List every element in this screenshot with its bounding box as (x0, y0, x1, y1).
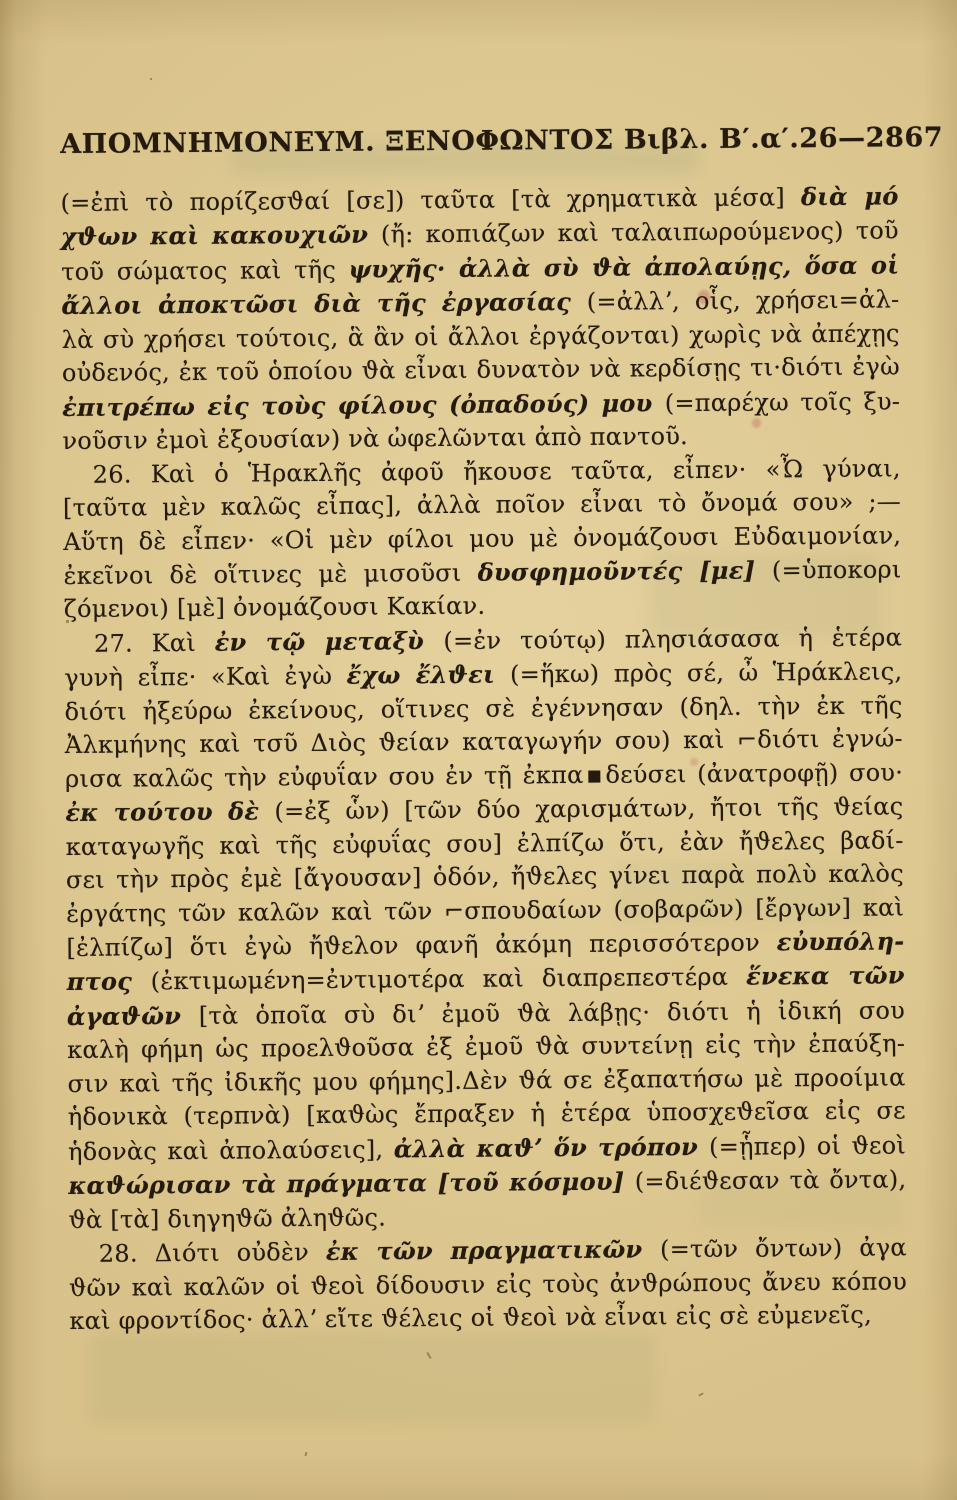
plain-text: ἐκεῖνοι δὲ οἵτινες μὲ μισοῦσι (63, 559, 477, 590)
plain-text: οὐδενός, ἐκ τοῦ ὁποίου ϑὰ εἶναι δυνατὸν … (62, 353, 900, 388)
plain-text: (ἤ: κοπιάζων καὶ ταλαιπωρούμενος) τοῦ (381, 217, 899, 249)
emphasized-text: χϑων καὶ κακουχιῶν (61, 220, 381, 252)
text-line: καὶ φροντίδος· ἀλλʼ εἴτε ϑέλεις οἱ ϑεοὶ … (69, 1298, 907, 1338)
plain-text: τοῦ σώματος καὶ τῆς (61, 256, 349, 286)
emphasized-text: δυσφημοῦντές [με] (478, 555, 773, 586)
text-line: καϑώρισαν τὰ πράγματα [τοῦ κόσμου] (=διέ… (68, 1163, 906, 1204)
plain-text: καταγωγῆς καὶ τῆς εὐφυΐας σου] ἐλπίζω ὅτ… (66, 826, 904, 861)
emphasized-text: ἐπιτρέπω εἰς τοὺς φίλους (ὀπαδούς) μου (62, 388, 665, 422)
plain-text: καὶ φροντίδος· ἀλλʼ εἴτε ϑέλεις οἱ ϑεοὶ … (69, 1301, 872, 1335)
emphasized-text: ψυχῆς· ἀλλὰ σὺ ϑὰ ἀπολαύῃς, ὅσα οἱ (348, 250, 899, 283)
scanned-book-page: { "document": { "header": { "title": "ΑΠ… (0, 0, 957, 1500)
emphasized-text: διὰ μό (801, 181, 899, 211)
plain-text: ϑῶν καὶ καλῶν οἱ ϑεοὶ δίδουσιν εἰς τοὺς … (69, 1267, 907, 1302)
running-title: ΑΠΟΜΝΗΜΟΝΕΥΜ. ΞΕΝΟΦΩΝΤΟΣ Βιβλ. Β′.α′.26—… (60, 120, 905, 163)
plain-text: νοῦσιν ἐμοὶ ἐξουσίαν) νὰ ὠφελῶνται ἀπὸ π… (62, 422, 688, 455)
text-block: ΑΠΟΜΝΗΜΟΝΕΥΜ. ΞΕΝΟΦΩΝΤΟΣ Βιβλ. Β′.α′.26—… (60, 120, 907, 1338)
page-header: ΑΠΟΜΝΗΜΟΝΕΥΜ. ΞΕΝΟΦΩΝΤΟΣ Βιβλ. Β′.α′.26—… (60, 120, 898, 163)
plain-text: Ἀλκμήνης καὶ τσῦ Διὸς ϑείαν καταγωγήν σο… (65, 725, 903, 760)
plain-text: Αὕτη δὲ εἶπεν· «Οἱ μὲν φίλοι μου μὲ ὀνομ… (63, 521, 901, 556)
emphasized-text: ἀλλὰ καϑʼ ὅν τρόπον (394, 1132, 710, 1163)
plain-text: [ταῦτα μὲν καλῶς εἶπας], ἀλλὰ ποῖον εἶνα… (63, 487, 901, 522)
plain-text: (=ἐπὶ τὸ πορίζεσϑαί [σε]) ταῦτα [τὰ χρημ… (60, 183, 801, 217)
plain-text: 27. Καὶ (94, 629, 215, 658)
plain-text: [ἐλπίζω] ὅτι ἐγὼ ἤϑελον φανῆ ἀκόμη περισ… (66, 928, 776, 962)
plain-text: ἡδονικὰ (τερπνὰ) [καϑὼς ἔπραξεν ἡ ἑτέρα … (68, 1097, 906, 1132)
plain-text: (=ὑποκορι (772, 555, 902, 584)
emphasized-text: ἐκ τούτου δὲ (65, 796, 274, 827)
plain-text: σιν καὶ τῆς ἰδικῆς μου φήμης].Δὲν ϑά σε … (67, 1063, 905, 1098)
page-number: 67 (904, 120, 943, 156)
text-line: 28. Διότι οὐδὲν ἐκ τῶν πραγματικῶν (=τῶν… (69, 1230, 907, 1271)
plain-text: (=διέϑεσαν τὰ ὄντα), (635, 1166, 907, 1196)
plain-text: σει τὴν πρὸς ἐμὲ [ἄγουσαν] ὁδόν, ἤϑελες … (66, 859, 904, 894)
text-line: ἐκεῖνοι δὲ οἵτινες μὲ μισοῦσι δυσφημοῦντ… (63, 552, 901, 593)
plain-text: ζόμενοι) [μὲ] ὀνομάζουσι Κακίαν. (64, 592, 486, 623)
emphasized-text: εὐυπόλη- (777, 926, 905, 956)
emphasized-text: ἐκ τῶν πραγματικῶν (326, 1234, 660, 1266)
plain-text: ἐργάτης τῶν καλῶν καὶ τῶν ⌐σπουδαίων (σο… (66, 893, 904, 928)
emphasized-text: ἀγαϑῶν (67, 1001, 199, 1031)
plain-text: λὰ σὺ χρήσει τούτοις, ἃ ἂν οἱ ἄλλοι ἐργά… (62, 319, 900, 354)
plain-text: 28. Διότι οὐδὲν (99, 1238, 326, 1268)
plain-text: ϑὰ [τὰ] διηγηϑῶ ἀληϑῶς. (68, 1203, 386, 1233)
body-text: (=ἐπὶ τὸ πορίζεσϑαί [σε]) ταῦτα [τὰ χρημ… (60, 179, 907, 1338)
emphasized-text: ἐν τῷ μεταξὺ (215, 626, 444, 657)
emphasized-text: πτος (67, 967, 151, 997)
text-line: ἐπιτρέπω εἰς τοὺς φίλους (ὀπαδούς) μου (… (62, 384, 900, 425)
plain-text: γυνὴ εἶπε· «Καὶ ἐγὼ (64, 662, 346, 692)
plain-text: (=ἐξ ὧν) [τῶν δύο χαρισμάτων, ἤτοι τῆς ϑ… (274, 793, 903, 826)
plain-text: 26. Καὶ ὁ Ἡρακλῆς ἀφοῦ ἤκουσε ταῦτα, εἶπ… (93, 454, 901, 488)
plain-text: ἡδονὰς καὶ ἀπολαύσεις], (68, 1135, 394, 1166)
plain-text: καλὴ φήμη ὡς προελϑοῦσα ἐξ ἐμοῦ ϑὰ συντε… (67, 1030, 905, 1065)
plain-text: ρισα καλῶς τὴν εὐφυΐαν σου ἐν τῇ ἐκπα▪δε… (65, 758, 903, 793)
plain-text: (=παρέχω τοῖς ξυ- (665, 387, 901, 417)
emphasized-text: ἔχω ἔλϑει (346, 660, 510, 690)
emphasized-text: ἄλλοι ἀποκτῶσι διὰ τῆς ἐργασίας (61, 287, 587, 320)
emphasized-text: ἕνεκα τῶν (746, 961, 905, 991)
plain-text: (=ἀλλʼ, οἷς, χρήσει=ἀλ- (587, 286, 900, 316)
plain-text: (ἐκτιμωμένη=ἐντιμοτέρα καὶ διαπρεπεστέρα (151, 963, 747, 996)
emphasized-text: καϑώρισαν τὰ πράγματα [τοῦ κόσμου] (68, 1167, 635, 1200)
plain-text: διότι ἠξεύρω ἐκείνους, οἵτινες σὲ ἐγέννη… (64, 691, 902, 726)
plain-text: [τὰ ὁποῖα σὺ διʼ ἐμοῦ ϑὰ λάβῃς· διότι ἡ … (199, 996, 905, 1030)
plain-text: (=ἥκω) πρὸς σέ, ὦ Ἡράκλεις, (510, 658, 902, 689)
plain-text: (=ἐν τούτῳ) πλησιάσασα ἡ ἑτέρα (443, 623, 902, 655)
plain-text: (=ᾗπερ) οἱ ϑεοὶ (709, 1131, 906, 1161)
plain-text: (=τῶν ὄντων) ἀγα (660, 1233, 907, 1263)
